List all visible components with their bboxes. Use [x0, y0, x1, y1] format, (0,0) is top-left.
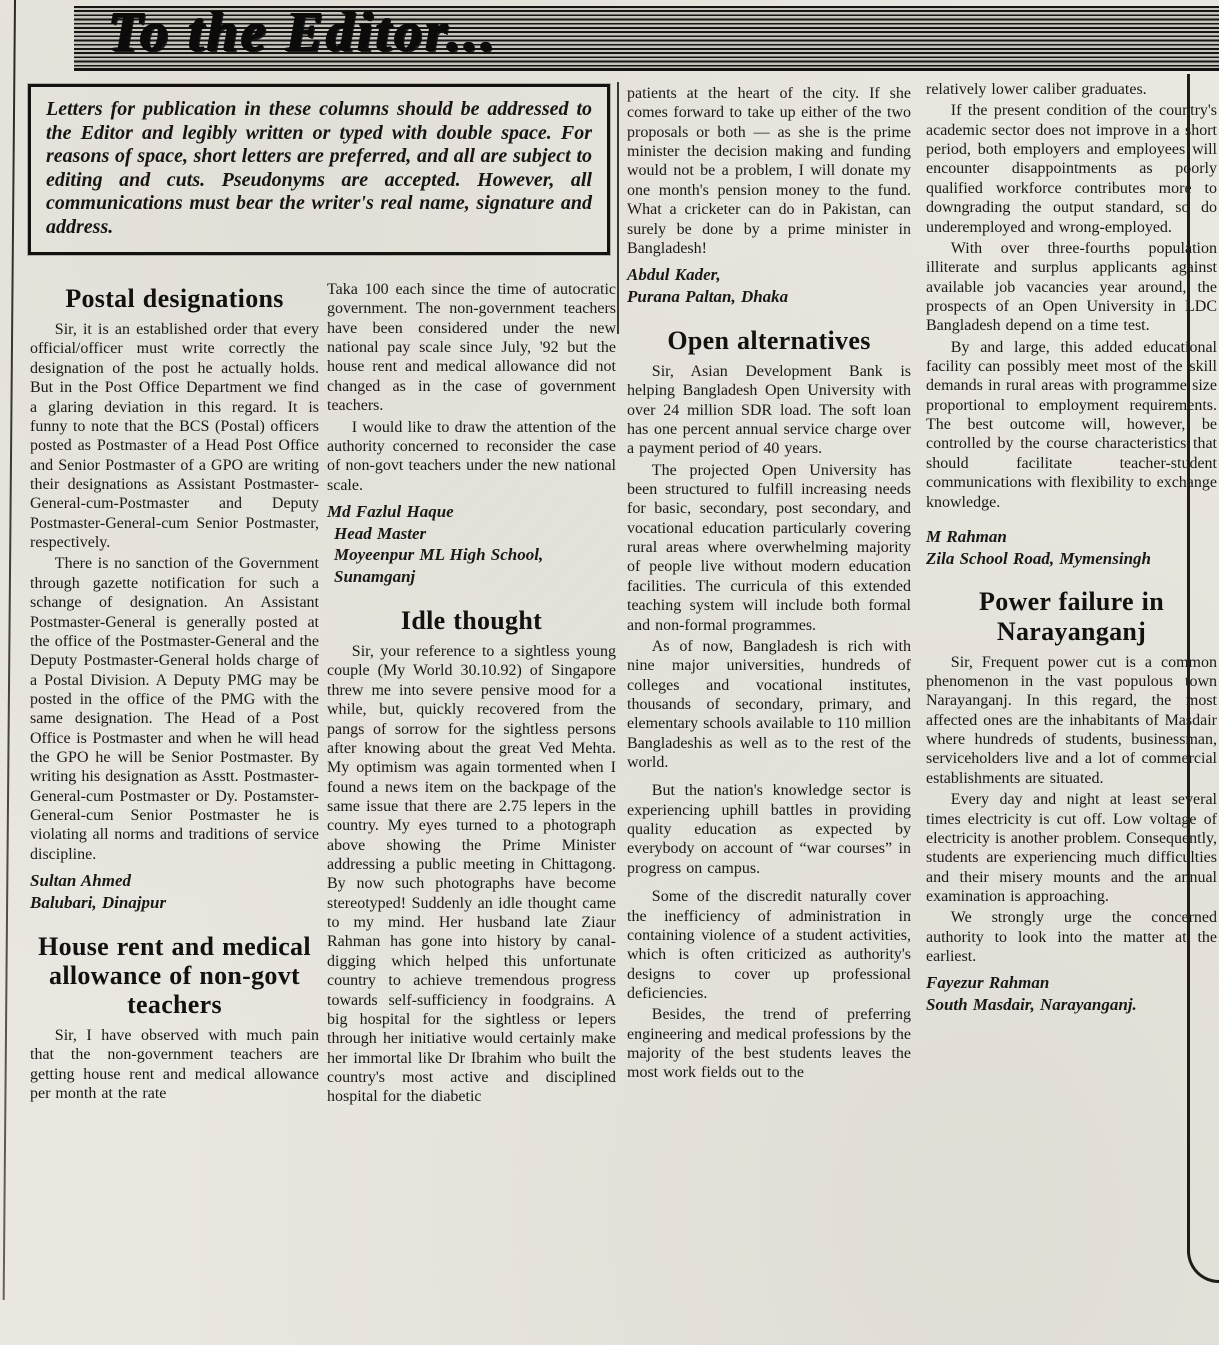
letter-paragraph: Sir, Asian Development Bank is helping B…: [627, 362, 911, 459]
masthead-title: To the Editor...: [108, 0, 498, 64]
letter-paragraph: There is no sanction of the Government t…: [30, 554, 319, 864]
column-4: relatively lower caliber graduates. If t…: [926, 80, 1217, 1016]
masthead-banner: To the Editor...: [74, 6, 1219, 71]
letter-heading-idle-thought: Idle thought: [327, 606, 616, 635]
column-rule: [617, 82, 619, 334]
signature-address: South Masdair, Narayanganj.: [926, 994, 1217, 1016]
adjacent-article-border: [1187, 74, 1219, 1283]
letter-heading-open-alternatives: Open alternatives: [627, 326, 911, 355]
column-3: patients at the heart of the city. If sh…: [627, 84, 911, 1085]
letter-paragraph: Taka 100 each since the time of autocrat…: [327, 280, 616, 416]
letter-paragraph: With over three-fourths population illit…: [926, 239, 1217, 336]
column-2: Taka 100 each since the time of autocrat…: [327, 280, 616, 1109]
letter-paragraph: The projected Open University has been s…: [627, 461, 911, 635]
signature-address: Moyeenpur ML High School, Sunamganj: [327, 544, 616, 588]
signature-name: Abdul Kader,: [627, 264, 911, 286]
letter-paragraph: We strongly urge the concerned authority…: [926, 908, 1217, 966]
signature-role: Head Master: [327, 523, 616, 545]
editor-notice-box: Letters for publication in these columns…: [28, 84, 610, 255]
signature-address: Balubari, Dinajpur: [30, 892, 319, 914]
letter-paragraph: Every day and night at least several tim…: [926, 790, 1217, 906]
letter-heading-power-failure: Power failure in Narayanganj: [926, 587, 1217, 645]
letter-paragraph: Sir, your reference to a sightless young…: [327, 642, 616, 1107]
letter-paragraph: Some of the discredit naturally cover th…: [627, 887, 911, 1003]
signature-name: Sultan Ahmed: [30, 870, 319, 892]
letter-paragraph: Sir, I have observed with much pain that…: [30, 1026, 319, 1103]
letter-paragraph: By and large, this added educational fac…: [926, 338, 1217, 512]
letter-paragraph: As of now, Bangladesh is rich with nine …: [627, 637, 911, 773]
newspaper-page: To the Editor... Letters for publication…: [0, 0, 1219, 1345]
letter-paragraph: patients at the heart of the city. If sh…: [627, 84, 911, 258]
letter-paragraph: Besides, the trend of preferring enginee…: [627, 1005, 911, 1082]
signature-address: Zila School Road, Mymensingh: [926, 548, 1217, 570]
letter-paragraph: relatively lower caliber graduates.: [926, 80, 1217, 99]
editor-notice-text: Letters for publication in these columns…: [46, 98, 592, 240]
signature-name: Md Fazlul Haque: [327, 501, 616, 523]
signature-name: Fayezur Rahman: [926, 972, 1217, 994]
letter-paragraph: I would like to draw the attention of th…: [327, 418, 616, 495]
page-edge-line: [3, 0, 16, 1300]
letter-heading-house-rent: House rent and medical allowance of non-…: [30, 932, 319, 1019]
letter-paragraph: If the present condition of the country'…: [926, 101, 1217, 237]
letter-heading-postal-designations: Postal designations: [30, 284, 319, 313]
letter-paragraph: Sir, Frequent power cut is a common phen…: [926, 653, 1217, 789]
signature-address: Purana Paltan, Dhaka: [627, 286, 911, 308]
column-1: Postal designations Sir, it is an establ…: [30, 284, 319, 1105]
signature-name: M Rahman: [926, 526, 1217, 548]
letter-paragraph: Sir, it is an established order that eve…: [30, 320, 319, 552]
letter-paragraph: But the nation's knowledge sector is exp…: [627, 781, 911, 878]
